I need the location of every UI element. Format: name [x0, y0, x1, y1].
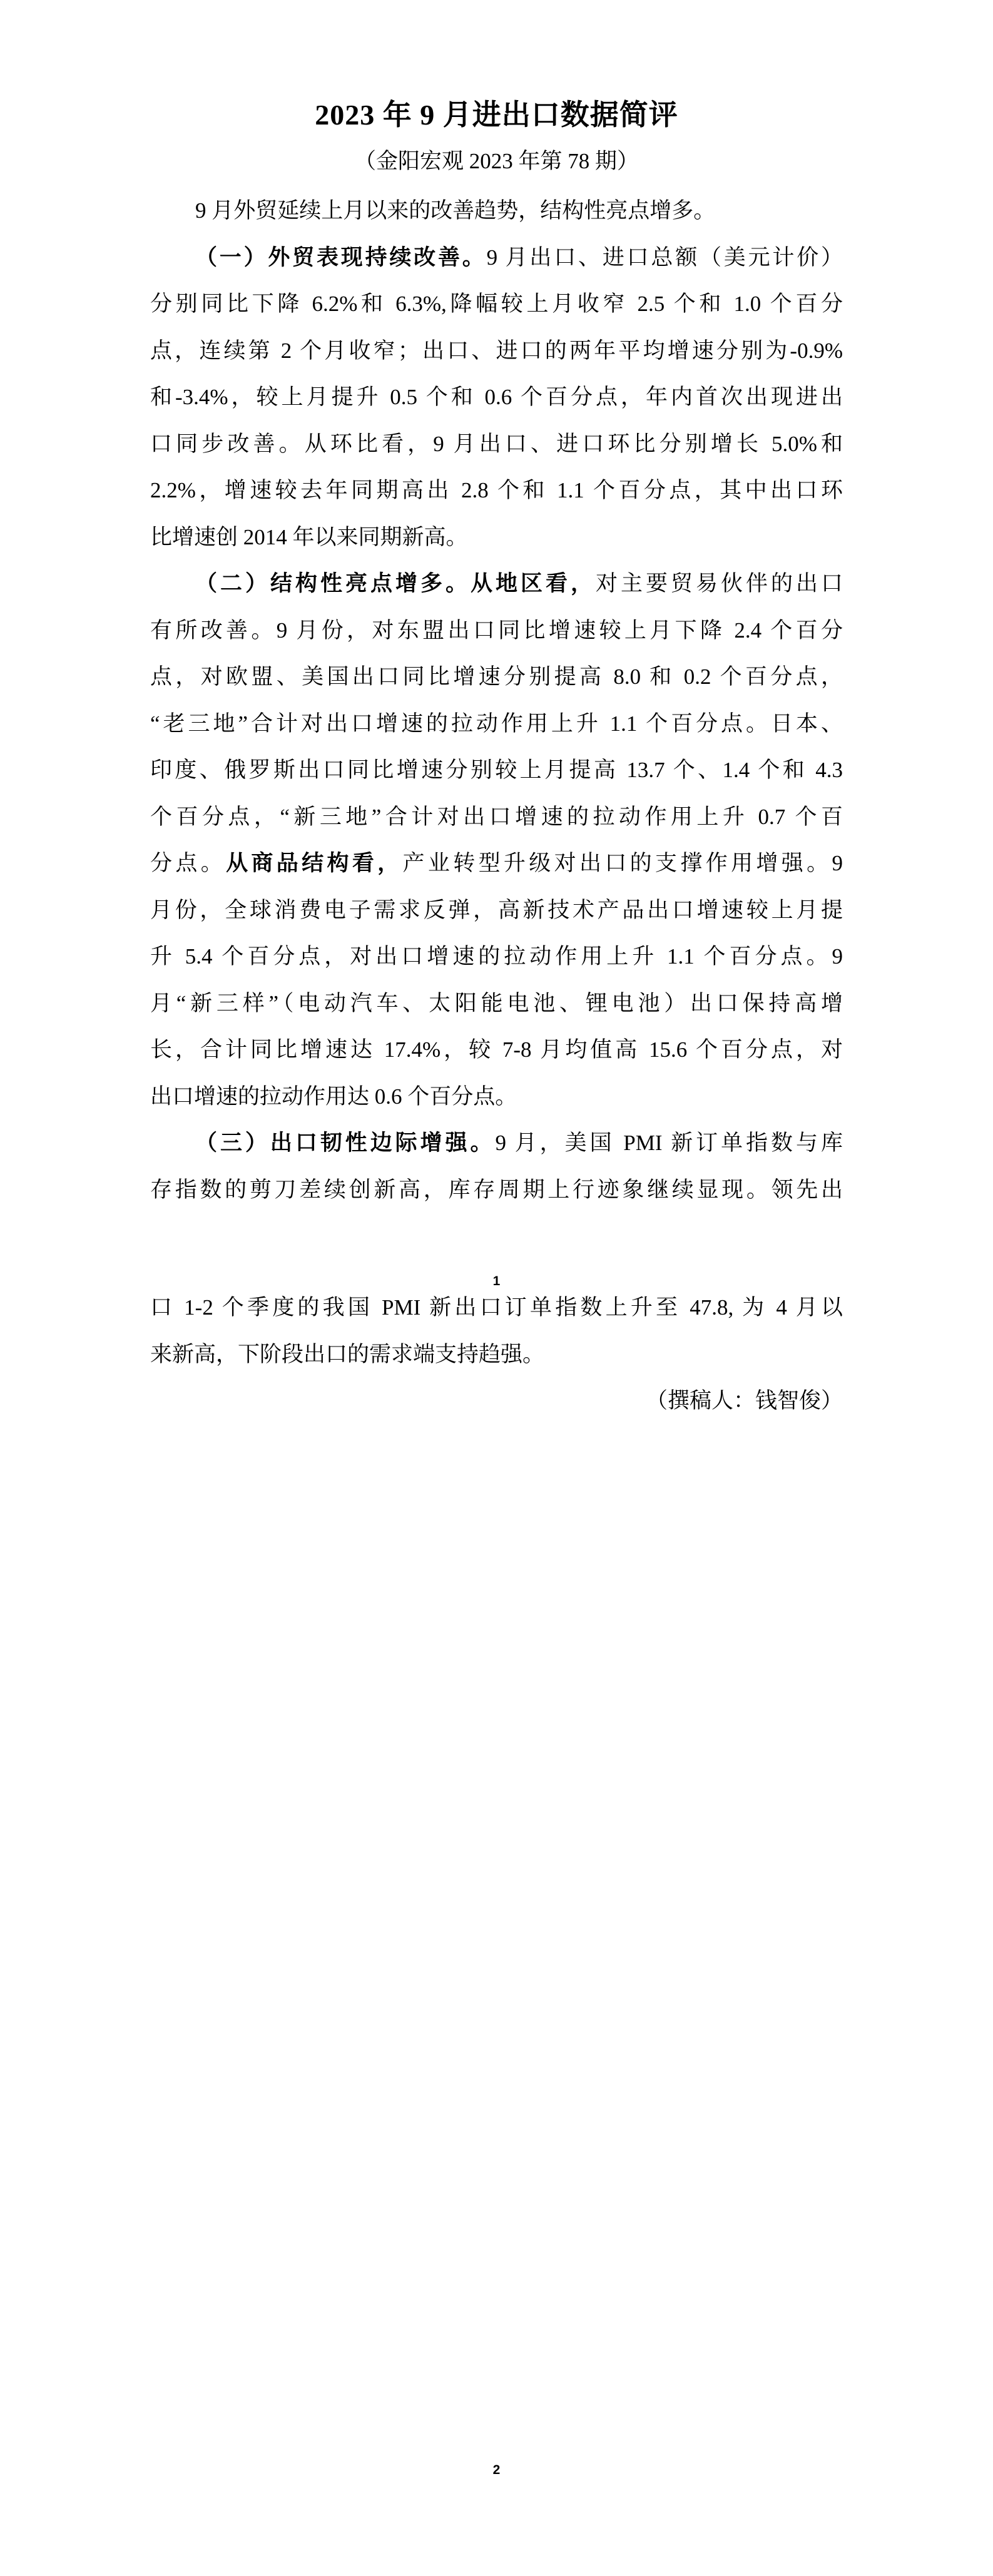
body-line: 月份，全球消费电子需求反弹，高新技术产品出口增速较上月提	[150, 887, 843, 934]
page-1-body: 9 月外贸延续上月以来的改善趋势，结构性亮点增多。（一）外贸表现持续改善。9 月…	[150, 188, 843, 1213]
body-line: 来新高，下阶段出口的需求端支持趋强。	[150, 1331, 843, 1378]
body-line: 点，连续第 2 个月收窄；出口、进口的两年平均增速分别为-0.9%	[150, 328, 843, 375]
body-line: 印度、俄罗斯出口同比增速分别较上月提高 13.7 个、1.4 个和 4.3	[150, 747, 843, 794]
bold-run: （二）结构性亮点增多。从地区看，	[195, 571, 596, 596]
body-line: 分点。从商品结构看，产业转型升级对出口的支撑作用增强。9	[150, 840, 843, 887]
text-run: 分点。	[150, 851, 226, 875]
text-run: 分别同比下降 6.2%和 6.3%,降幅较上月收窄 2.5 个和 1.0 个百分	[150, 292, 843, 316]
text-run: 月“新三样”（电动汽车、太阳能电池、锂电池）出口保持高增	[150, 991, 843, 1016]
text-run: （撰稿人：钱智俊）	[646, 1388, 843, 1413]
text-run: 出口增速的拉动作用达 0.6 个百分点。	[150, 1084, 517, 1109]
body-line: （三）出口韧性边际增强。9 月，美国 PMI 新订单指数与库	[150, 1120, 843, 1167]
text-run: 有所改善。9 月份，对东盟出口同比增速较上月下降 2.4 个百分	[150, 618, 843, 643]
text-run: 来新高，下阶段出口的需求端支持趋强。	[150, 1342, 544, 1367]
body-line: 口 1-2 个季度的我国 PMI 新出口订单指数上升至 47.8, 为 4 月以	[150, 1285, 843, 1331]
text-run: 对主要贸易伙伴的出口	[596, 571, 843, 596]
text-run: 9 月，美国 PMI 新订单指数与库	[496, 1131, 843, 1155]
text-run: 2.2%，增速较去年同期高出 2.8 个和 1.1 个百分点，其中出口环	[150, 478, 843, 502]
text-run: 印度、俄罗斯出口同比增速分别较上月提高 13.7 个、1.4 个和 4.3	[150, 758, 843, 782]
bold-run: （三）出口韧性边际增强。	[195, 1131, 496, 1155]
text-run: 升 5.4 个百分点，对出口增速的拉动作用上升 1.1 个百分点。9	[150, 944, 843, 969]
page-2-number: 2	[150, 2461, 843, 2480]
body-line: 分别同比下降 6.2%和 6.3%,降幅较上月收窄 2.5 个和 1.0 个百分	[150, 281, 843, 328]
text-run: 月份，全球消费电子需求反弹，高新技术产品出口增速较上月提	[150, 898, 843, 922]
body-line: （一）外贸表现持续改善。9 月出口、进口总额（美元计价）	[150, 235, 843, 282]
text-run: 产业转型升级对出口的支撑作用增强。9	[403, 851, 843, 875]
text-run: 和-3.4%，较上月提升 0.5 个和 0.6 个百分点，年内首次出现进出	[150, 385, 843, 409]
body-line: 出口增速的拉动作用达 0.6 个百分点。	[150, 1074, 843, 1121]
text-run: 点，连续第 2 个月收窄；出口、进口的两年平均增速分别为-0.9%	[150, 339, 843, 363]
body-line: 月“新三样”（电动汽车、太阳能电池、锂电池）出口保持高增	[150, 980, 843, 1027]
body-line: 存指数的剪刀差续创新高，库存周期上行迹象继续显现。领先出	[150, 1167, 843, 1214]
page-2-body: 口 1-2 个季度的我国 PMI 新出口订单指数上升至 47.8, 为 4 月以…	[150, 1285, 843, 1425]
body-line: 有所改善。9 月份，对东盟出口同比增速较上月下降 2.4 个百分	[150, 608, 843, 654]
text-run: 存指数的剪刀差续创新高，库存周期上行迹象继续显现。领先出	[150, 1178, 843, 1202]
body-line: 升 5.4 个百分点，对出口增速的拉动作用上升 1.1 个百分点。9	[150, 934, 843, 980]
text-run: 个百分点，“新三地”合计对出口增速的拉动作用上升 0.7 个百	[150, 805, 843, 829]
document-title: 2023 年 9 月进出口数据简评	[150, 93, 843, 138]
body-line: 点，对欧盟、美国出口同比增速分别提高 8.0 和 0.2 个百分点，	[150, 654, 843, 701]
body-line: “老三地”合计对出口增速的拉动作用上升 1.1 个百分点。日本、	[150, 701, 843, 748]
text-run: 点，对欧盟、美国出口同比增速分别提高 8.0 和 0.2 个百分点，	[150, 664, 843, 689]
body-line: 比增速创 2014 年以来同期新高。	[150, 514, 843, 561]
body-line: 和-3.4%，较上月提升 0.5 个和 0.6 个百分点，年内首次出现进出	[150, 374, 843, 421]
bold-run: （一）外贸表现持续改善。	[195, 245, 487, 270]
body-line: 个百分点，“新三地”合计对出口增速的拉动作用上升 0.7 个百	[150, 794, 843, 841]
text-run: 9 月出口、进口总额（美元计价）	[487, 245, 843, 270]
body-line: 口同步改善。从环比看，9 月出口、进口环比分别增长 5.0%和	[150, 421, 843, 468]
document-subtitle: （金阳宏观 2023 年第 78 期）	[150, 140, 843, 183]
body-line: （二）结构性亮点增多。从地区看，对主要贸易伙伴的出口	[150, 561, 843, 608]
text-run: 比增速创 2014 年以来同期新高。	[150, 525, 468, 549]
signature-line: （撰稿人：钱智俊）	[150, 1378, 843, 1425]
body-line: 长，合计同比增速达 17.4%，较 7-8 月均值高 15.6 个百分点，对	[150, 1027, 843, 1074]
text-run: 9 月外贸延续上月以来的改善趋势，结构性亮点增多。	[195, 198, 715, 223]
text-run: 口同步改善。从环比看，9 月出口、进口环比分别增长 5.0%和	[150, 432, 843, 456]
body-line: 9 月外贸延续上月以来的改善趋势，结构性亮点增多。	[150, 188, 843, 235]
document-canvas: 2023 年 9 月进出口数据简评 （金阳宏观 2023 年第 78 期） 9 …	[0, 0, 993, 2576]
text-run: 长，合计同比增速达 17.4%，较 7-8 月均值高 15.6 个百分点，对	[150, 1037, 843, 1062]
body-line: 2.2%，增速较去年同期高出 2.8 个和 1.1 个百分点，其中出口环	[150, 467, 843, 514]
text-run: 口 1-2 个季度的我国 PMI 新出口订单指数上升至 47.8, 为 4 月以	[150, 1295, 843, 1320]
bold-run: 从商品结构看，	[226, 851, 402, 875]
text-run: “老三地”合计对出口增速的拉动作用上升 1.1 个百分点。日本、	[150, 711, 843, 736]
